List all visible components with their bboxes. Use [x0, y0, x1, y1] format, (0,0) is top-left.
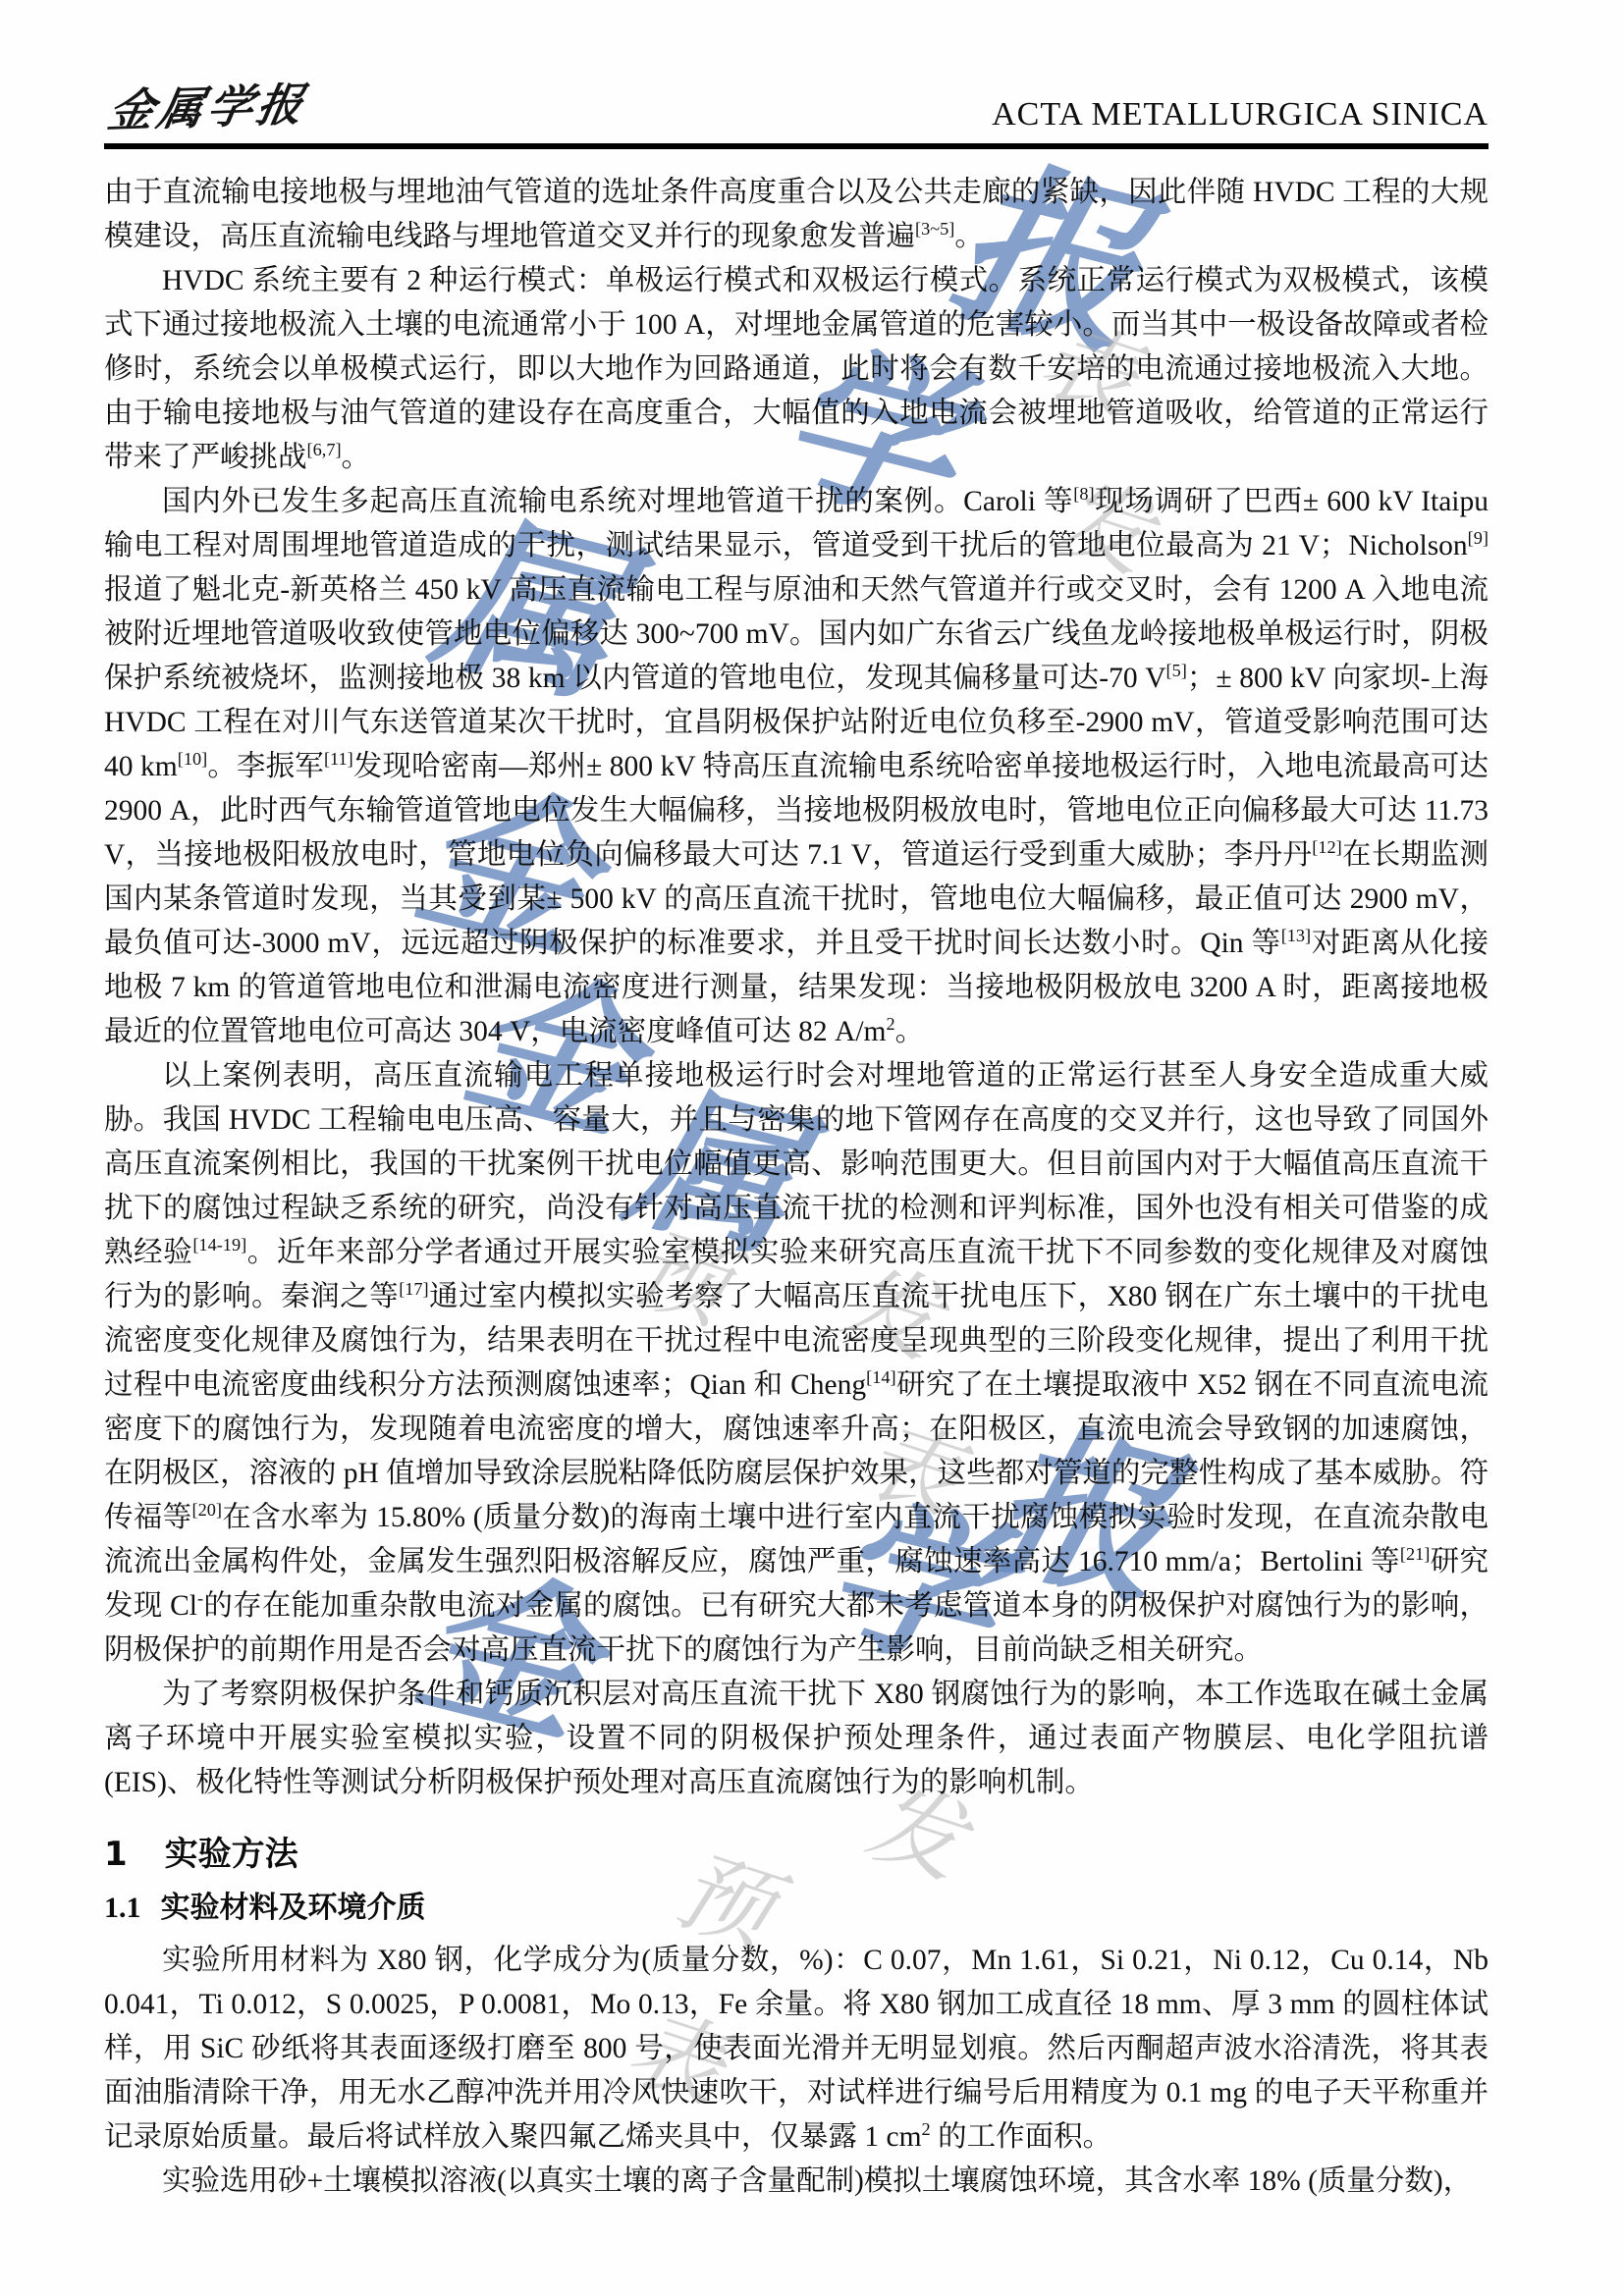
paragraph: 国内外已发生多起高压直流输电系统对埋地管道干扰的案例。Caroli 等[8]现场… [104, 480, 1489, 1054]
superscript-reference: [17] [399, 1279, 428, 1299]
superscript-reference: [11] [324, 749, 353, 769]
journal-name-latin: ACTA METALLURGICA SINICA [992, 98, 1489, 137]
superscript-reference: [21] [1400, 1544, 1430, 1564]
superscript-reference: [14-19] [192, 1235, 246, 1255]
paragraph: 实验选用砂+土壤模拟溶液(以真实土壤的离子含量配制)模拟土壤腐蚀环境，其含水率 … [104, 2160, 1489, 2204]
heading-title: 实验材料及环境介质 [161, 1891, 426, 1925]
superscript-reference: 2 [887, 1014, 895, 1034]
superscript-reference: [5] [1166, 661, 1187, 680]
heading-number: 1 [104, 1835, 128, 1874]
superscript-reference: [20] [192, 1500, 222, 1520]
superscript-reference: [10] [178, 749, 207, 769]
heading-title: 实验方法 [165, 1835, 298, 1874]
journal-page: 报学属金金属报学金表发预发表发预表 金属学报 ACTA METALLURGICA… [0, 0, 1624, 2296]
superscript-reference: [13] [1281, 926, 1311, 945]
superscript-reference: [8] [1073, 484, 1094, 504]
masthead: 金属学报 ACTA METALLURGICA SINICA [104, 69, 1489, 137]
heading-number: 1.1 [104, 1892, 141, 1924]
section-heading: 1实验方法 [104, 1835, 1489, 1874]
subsection-heading: 1.1实验材料及环境介质 [104, 1890, 1489, 1927]
superscript-reference: 2 [922, 2119, 931, 2139]
article-body: 由于直流输电接地极与埋地油气管道的选址条件高度重合以及公共走廊的紧缺，因此伴随 … [104, 171, 1489, 2204]
superscript-reference: [9] [1468, 528, 1489, 548]
paragraph: HVDC 系统主要有 2 种运行模式：单极运行模式和双极运行模式。系统正常运行模… [104, 259, 1489, 480]
page-content: 金属学报 ACTA METALLURGICA SINICA 由于直流输电接地极与… [104, 0, 1489, 2204]
paragraph: 由于直流输电接地极与埋地油气管道的选址条件高度重合以及公共走廊的紧缺，因此伴随 … [104, 171, 1489, 259]
superscript-reference: [3~5] [915, 219, 954, 239]
journal-logo: 金属学报 [104, 81, 310, 137]
superscript-reference: [12] [1312, 837, 1341, 857]
superscript-reference: [14] [866, 1367, 895, 1387]
header-rule [104, 143, 1489, 149]
paragraph: 实验所用材料为 X80 钢，化学成分为(质量分数，%)：C 0.07，Mn 1.… [104, 1939, 1489, 2160]
superscript-reference: [6,7] [307, 440, 342, 459]
paragraph: 为了考察阴极保护条件和钙质沉积层对高压直流干扰下 X80 钢腐蚀行为的影响，本工… [104, 1673, 1489, 1805]
paragraph: 以上案例表明，高压直流输电工程单接地极运行时会对埋地管道的正常运行甚至人身安全造… [104, 1054, 1489, 1673]
